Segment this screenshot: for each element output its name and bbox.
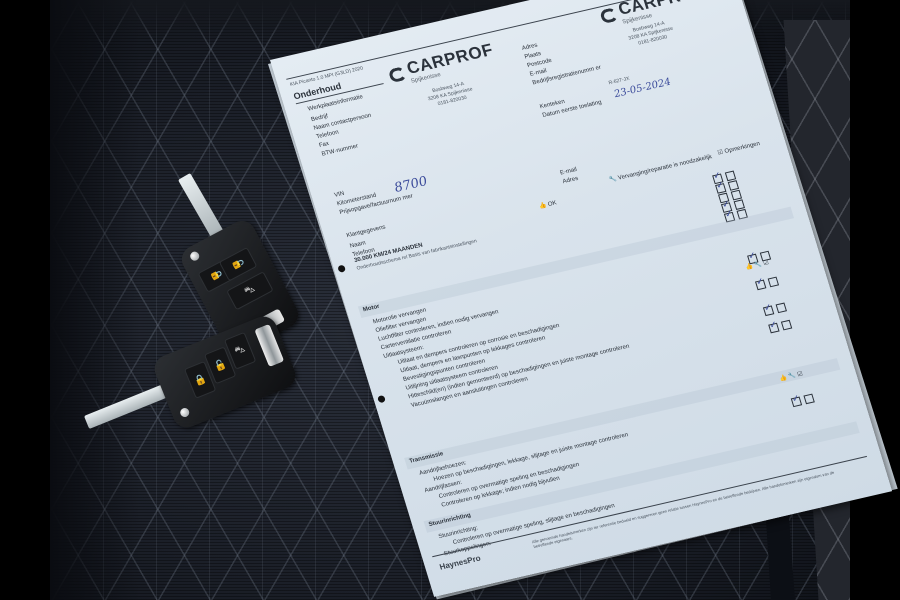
thumbs-up-icon: 👍: [538, 203, 547, 210]
wrench-icon: 🔧: [609, 176, 618, 183]
kenteken-value: R-627-JX: [608, 76, 630, 87]
punch-hole: [337, 265, 346, 273]
ok-checkbox[interactable]: [755, 280, 766, 291]
workshop-address-right: Bosbweg 14-A3208 KA Spijkenisse0181-8200…: [626, 19, 677, 49]
ok-checkbox[interactable]: [768, 323, 779, 334]
key-blade: [84, 382, 173, 429]
interval-checkboxes: [712, 170, 752, 224]
workshop-fields: BedrijfNaam contactpersoonTelefoonFaxBTW…: [310, 103, 380, 159]
remarks-icon: ☑: [717, 150, 724, 157]
legend-ok: 👍 OK: [538, 199, 557, 210]
repair-checkbox[interactable]: [776, 303, 787, 314]
right-black-bar: [850, 0, 900, 600]
legend-replace: 🔧 Vervanging/reparatie is noodzakelijk: [608, 153, 713, 183]
checkbox-row: [790, 389, 821, 412]
carprof-logo-icon: [599, 7, 619, 24]
key-ring-loop: [254, 324, 284, 367]
seat-left-bolster: [50, 0, 140, 600]
client-fields-right: E-mailAdres: [559, 166, 581, 187]
repair-checkbox[interactable]: [803, 394, 814, 405]
checkbox-row: [754, 272, 785, 295]
legend-remarks-text: Opmerkingen: [724, 141, 761, 155]
workshop-address: Bosbweg 14-A3208 KA Spijkenisse0181-8200…: [425, 80, 476, 110]
ok-checkbox[interactable]: [763, 305, 774, 316]
car-key-2: 🔒 🔓 ⛍: [80, 320, 310, 450]
legend-remarks: ☑ Opmerkingen: [717, 140, 761, 156]
repair-checkbox[interactable]: [768, 277, 779, 288]
carprof-logo-left: CARPROF Spijkenisse: [386, 40, 497, 89]
section-band: [358, 207, 794, 318]
key-fob: 🔒 🔓 ⛍: [150, 312, 299, 431]
legend-ok-text: OK: [547, 200, 557, 208]
client-label: Klantgegevens: [346, 224, 386, 239]
ok-checkbox[interactable]: [791, 397, 802, 408]
punch-hole: [377, 395, 386, 403]
carprof-logo-icon: [388, 66, 408, 83]
customer-fields: AdresPlaatsPostcodeE-mailBedrijfsregistr…: [521, 29, 602, 88]
left-black-bar: [0, 0, 50, 600]
vin-label: VIN: [334, 191, 346, 199]
repair-checkbox[interactable]: [781, 320, 792, 331]
key-release-button: [179, 407, 191, 419]
legend-replace-text: Vervanging/reparatie is noodzakelijk: [617, 154, 712, 181]
key-release-button: [189, 250, 201, 262]
